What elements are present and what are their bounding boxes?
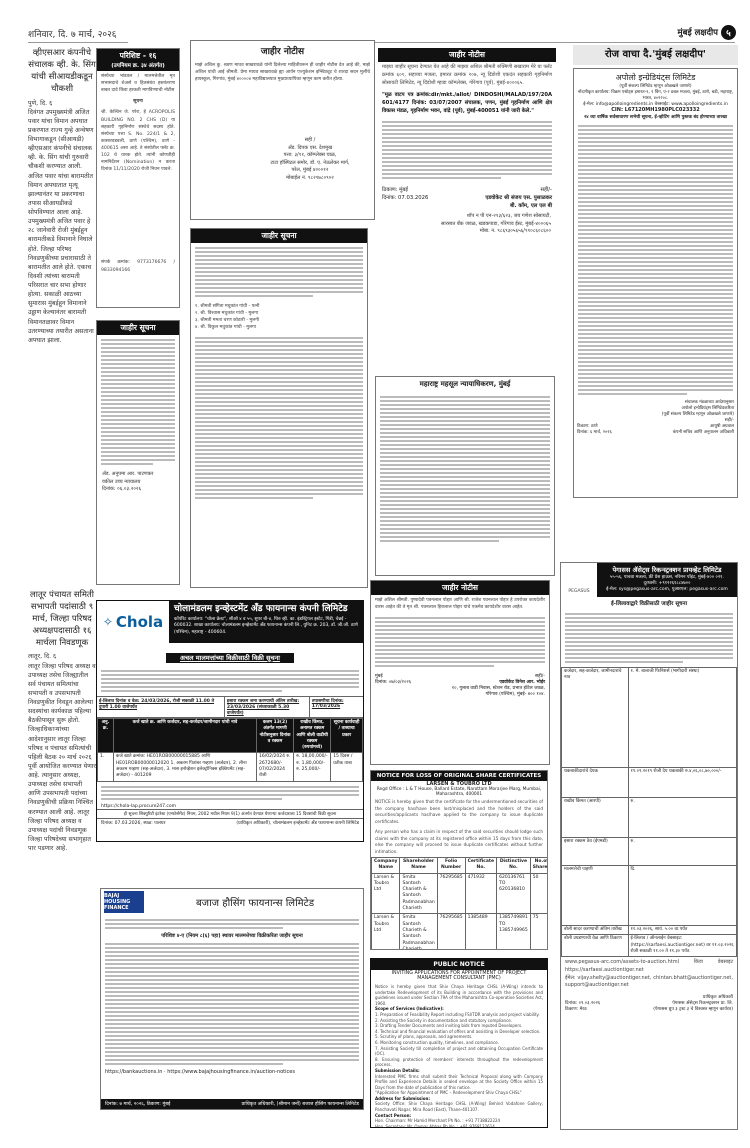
news-article-1: व्हीएसआर कंपनीचे संचालक व्ही. के. सिंग य…: [28, 48, 96, 578]
notice-title: अचल मालमत्तांच्या विक्रीसाठी विक्री सूचन…: [166, 653, 294, 663]
auction-link[interactable]: www.pegasus-arc.com/assets-to-auction.ht…: [565, 959, 733, 975]
company-address: नोंदणीकृत कार्यालय: विक्रम एस्टेट्स इमार…: [574, 89, 737, 101]
notice-footer: ठिकाण: मुंबई दिनांक: 07.03.2026 सही/- एड…: [378, 183, 556, 211]
notice-text-block: [371, 613, 549, 671]
notice-signatory: ॲड. अनुपमा आर. पाटणकर वकील उच्च न्यायालय…: [97, 469, 179, 496]
paper-name: मुंबई लक्षदीप ५: [678, 25, 736, 40]
article-headline: लातूर पंचायत समिती सभापती पदांसाठी ९ मार…: [28, 590, 96, 649]
company-name: पेगासस ॲसेट्स रिकन्स्ट्रक्शन प्रायव्हेट …: [599, 565, 735, 574]
notice-share-certificate-loss: NOTICE FOR LOSS OF ORIGINAL SHARE CERTIF…: [370, 770, 548, 950]
company-name: बजाज हौसिंग फायनान्स लिमिटेड: [150, 895, 360, 909]
table-row: इसारा रक्कम ठेव (ईएमडी)रु.: [562, 838, 737, 866]
table-row: बोली उघडण्याची वेळ आणि ठिकाणई-लिलाव / ऑन…: [562, 935, 737, 957]
news-article-2: लातूर पंचायत समिती सभापती पदांसाठी ९ मार…: [28, 590, 96, 1122]
notice-text-block: [191, 243, 367, 301]
company-name: अपोलो इन्ग्रेडियंट्स लिमिटेड: [574, 69, 737, 83]
notice-text-block: [97, 335, 179, 469]
notice-bajaj-housing: BAJAJ HOUSING FINANCE बजाज हौसिंग फायनान…: [100, 888, 364, 1110]
notice-title: जाहीर नोटीस: [378, 48, 556, 62]
allotment-reference: "मूळ वाटप पत्र क्रमांक:dir/mkt./allot/ D…: [378, 89, 556, 117]
auction-dates: ई-लिलाव दिनांक व वेळ: 24/03/2026, रोजी स…: [97, 696, 363, 718]
notice-body: NOTICE is hereby given that the certific…: [371, 797, 547, 827]
notice-text-block-2: [97, 782, 363, 804]
notice-heading: सूचना: [97, 96, 179, 107]
notice-jahir-suchana-left: जाहीर सूचना ॲड. अनुपमा आर. पाटणकर वकील उ…: [96, 320, 180, 585]
notice-body: Notice is hereby given that Shiv Chaya H…: [371, 982, 547, 1128]
notice-text-block-2: [101, 939, 363, 1069]
notice-text-block-2: [191, 333, 367, 503]
table-row: कर्जदार, सह-कर्जदार, जामीनदारांचे नाव१. …: [562, 668, 737, 768]
company-office: Regd Office : L & T House, Ballard Estat…: [371, 787, 547, 797]
notice-section-title: २४ व्या वार्षिक सर्वसाधारण सभेची सूचना, …: [574, 113, 737, 121]
company-name: चोलामंडलम इन्व्हेस्टमेंट अँड फायनान्स कं…: [174, 603, 358, 617]
notice-title: जाहीर नोटीस: [191, 41, 374, 60]
notice-text-block: [376, 392, 554, 546]
notice-footer: दिनांक: ०९.०३.२०२६ठिकाण: मेरठ प्राधिकृत …: [561, 992, 737, 1014]
notice-title: जाहीर सूचना: [191, 229, 367, 243]
notice-apollo-ingredients: अपोलो इन्ग्रेडियंट्स लिमिटेड (पूर्वी संक…: [573, 68, 738, 498]
notice-jahir-notice-right: जाहीर नोटीस माझ्या जाहीर सूचना देण्यात य…: [378, 48, 556, 373]
article-dateline: पुणे, दि. ६: [28, 99, 96, 108]
table-row: थकबाकीदारांचे देयक१९.०९.२०१९ रोजी देय थक…: [562, 768, 737, 798]
auction-details-table: कर्जदार, सह-कर्जदार, जामीनदारांचे नाव१. …: [561, 667, 737, 957]
notice-title: महाराष्ट्र महसूल न्यायाधिकरण, मुंबई: [376, 377, 554, 392]
notice-text-block: [101, 915, 363, 933]
bankauctions-link[interactable]: https://bankauctions.in: [105, 1069, 162, 1075]
table-row: Larsen & Toubro LtdSmita Santosh Chariet…: [372, 873, 549, 914]
article-body: दिवंगत उपमुख्यमंत्री अजित पवार यांचा विम…: [28, 108, 96, 578]
pegasus-logo: PEGASUS: [561, 563, 597, 597]
notice-footer: मुंबई दिनांक: ०७/०३/२०२६ सही/- एडवोकेट व…: [371, 671, 549, 699]
notice-title: परिशिष्ट - १६ (उपनियम क्र. ३४ अंतर्गत): [97, 49, 179, 71]
notice-text-block: [561, 609, 737, 667]
table-row: मालमत्तेची पाहणीदि.: [562, 866, 737, 926]
notice-title-wrap: अचल मालमत्तांच्या विक्रीसाठी विक्री सूचन…: [97, 643, 363, 666]
advocate-address: शॉप न पी एन-२१३/६२३, जय गणेश सोसायटी, सा…: [378, 211, 556, 238]
bajaj-logo: BAJAJ HOUSING FINANCE: [104, 891, 144, 913]
notice-jahir-notice-podar: जाहीर नोटीस माझे अशिल श्रीमती. पुष्पादेव…: [370, 580, 550, 765]
chola-header: ✧ Chola चोलामंडलम इन्व्हेस्टमेंट अँड फाय…: [97, 601, 363, 643]
notice-jahir-suchana-mid: जाहीर सूचना १. श्रीमती संगिता मधुकांत गा…: [190, 228, 368, 588]
company-address: कॉर्पोरेट कार्यालय: "चोला क्रेस्ट", सीओ …: [174, 617, 358, 637]
masthead-rule: [28, 42, 128, 43]
notice-text-block: [378, 117, 556, 183]
page-number-badge: ५: [721, 25, 736, 40]
notice-footer: ठिकाण: ठाणेदिनांक: ६ मार्च, २०२६ संचालक …: [574, 399, 737, 435]
notice-public-pmc: PUBLIC NOTICE INVITING APPLICATIONS FOR …: [370, 958, 548, 1128]
chola-logo: ✧ Chola: [97, 601, 169, 643]
notice-title: जाहीर नोटीस: [371, 581, 549, 595]
notice-title: जाहीर सूचना: [97, 321, 179, 335]
auction-notices-link[interactable]: https://www.bajajhousingfinance.in/aucti…: [167, 1069, 295, 1075]
auction-table: अनु. क्र. कर्ज खाते क्र. आणि कर्जदार, सह…: [97, 718, 363, 782]
notice-links: www.pegasus-arc.com/assets-to-auction.ht…: [561, 957, 737, 992]
contact-emails[interactable]: ईमेल: vijay.shelty@auctiontiger.net, chi…: [565, 975, 733, 991]
notice-subtitle: INVITING APPLICATIONS FOR APPOINTMENT OF…: [371, 970, 547, 982]
table-row: बोली सादर करण्याची अंतिम तारीख११.०३.२०२६…: [562, 926, 737, 935]
notice-revenue-tribunal: महाराष्ट्र महसूल न्यायाधिकरण, मुंबई: [375, 376, 555, 576]
pegasus-header: PEGASUS पेगासस ॲसेट्स रिकन्स्ट्रक्शन प्र…: [561, 563, 737, 597]
notice-title: NOTICE FOR LOSS OF ORIGINAL SHARE CERTIF…: [371, 771, 547, 781]
notice-body: माझ्या जाहीर सूचना देण्यात येत आहे की मा…: [378, 62, 556, 89]
article-body: लातूर जिल्हा परिषद अध्यक्ष व उपाध्यक्ष त…: [28, 662, 96, 1122]
share-certificates-table: Company NameShareholder NameFolio Number…: [371, 857, 548, 950]
table-row: राखीव किंमत (आरपी)रु.: [562, 798, 737, 838]
notice-chola-auction: ✧ Chola चोलामंडलम इन्व्हेस्टमेंट अँड फाय…: [96, 600, 364, 842]
notice-text-block: [574, 121, 737, 399]
table-row: 1. कर्ज खाते क्रमांक: HE01ROB00000015885…: [98, 753, 363, 781]
notice-footer-note: ही सूचना सिक्युरिटी इंटरेस्ट (एन्फोर्समे…: [97, 809, 363, 818]
notice-footer: दिनांक: ७ मार्च, २०२६, ठिकाण: मुंबईप्राध…: [101, 1099, 363, 1109]
article-dateline: लातूर, दि. ६: [28, 652, 96, 661]
bajaj-header: BAJAJ HOUSING FINANCE बजाज हौसिंग फायनान…: [101, 889, 363, 915]
notice-jahir-notice-top: जाहीर नोटीस माझे अशिल कु. श्रवण माधव साख…: [190, 40, 375, 220]
notice-body: माझे अशिल श्रीमती. पुष्पादेवी पवनलाल पोद…: [371, 595, 549, 613]
notice-signatory: सही / ॲड. दिपक एस. देशमुख पत्ता: ३/११, क…: [191, 135, 374, 184]
heir-list: १. श्रीमती संगिता मधुकांत गांधी - पत्नी …: [191, 301, 367, 333]
paper-title: मुंबई लक्षदीप: [678, 27, 718, 38]
read-daily-banner: रोज वाचा दै.'मुंबई लक्षदीप': [573, 45, 738, 65]
notice-body: माझे अशिल कु. श्रवण माधव साखरावळे यांनी …: [191, 60, 374, 135]
bajaj-links: https://bankauctions.in · https://www.ba…: [101, 1069, 363, 1075]
article-headline: व्हीएसआर कंपनीचे संचालक व्ही. के. सिंग य…: [28, 48, 96, 96]
notice-body: श्री. केल्विन जे. परेरा, हे ACROPOLIS BU…: [97, 107, 179, 257]
notice-text-block: [97, 666, 363, 696]
chola-logo-icon: ✧: [103, 615, 113, 629]
notice-footer: दिनांक: 07.03.2026, स्थळ: पालघर(प्राधिकृ…: [97, 818, 363, 827]
notice-body-2: Any person who has a claim in respect of…: [371, 827, 547, 857]
notice-title: PUBLIC NOTICE: [371, 959, 547, 970]
table-row: Larsen & Toubro LtdSmita Santosh Chariet…: [372, 914, 549, 950]
notice-pegasus-auction: PEGASUS पेगासस ॲसेट्स रिकन्स्ट्रक्शन प्र…: [560, 562, 738, 1130]
notice-title: ई-लिलावाद्वारे विक्रीसाठी जाहीर सूचना: [561, 597, 737, 609]
notice-parishisht-16: परिशिष्ट - १६ (उपनियम क्र. ३४ अंतर्गत) स…: [96, 48, 180, 308]
notice-intro: संस्थेच्या भांडवल / मालमत्तेतील मृत सभास…: [97, 71, 179, 96]
issue-date: शनिवार, दि. ७ मार्च, २०२६: [28, 27, 116, 40]
notice-contact: संपर्क क्रमांक: 9773176676 / 9833094166: [97, 257, 179, 275]
